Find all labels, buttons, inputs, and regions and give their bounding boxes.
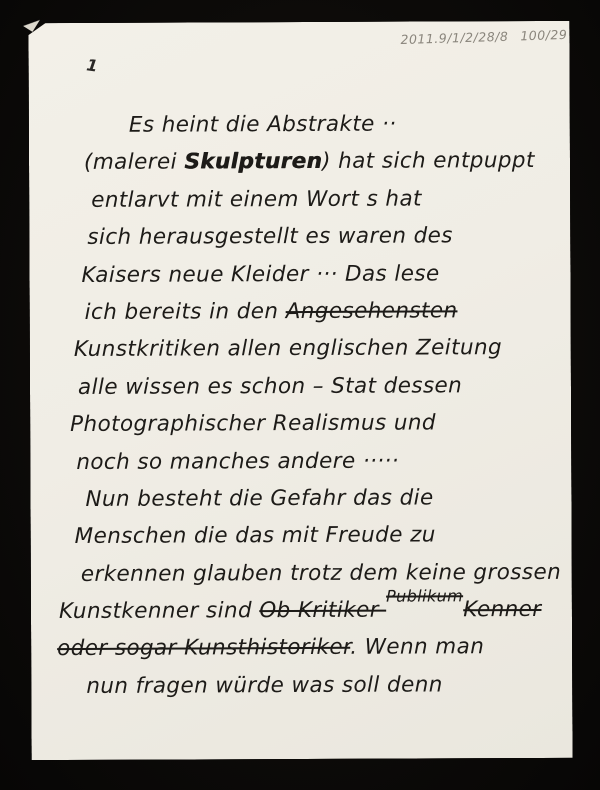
crossed-out-text: Publikum — [386, 588, 463, 604]
handwritten-text: entlarvt mit einem Wort s hat — [91, 186, 422, 212]
photo-backdrop: 1 2011.9/1/2/28/8100/29 Es heint die Abs… — [0, 0, 600, 790]
crossed-out-text: Kenner — [463, 597, 541, 622]
manuscript-line: (malerei Skulpturen) hat sich entpuppt — [29, 142, 560, 182]
crossed-out-text: Ob Kritiker — [259, 598, 386, 624]
handwritten-text: ) hat sich entpuppt — [322, 148, 535, 174]
manuscript-line: noch so manches andere ····· — [30, 441, 561, 481]
manuscript-line: alle wissen es schon – Stat dessen — [30, 367, 561, 407]
handwritten-text: ich bereits in den — [85, 299, 286, 325]
manuscript-line: entlarvt mit einem Wort s hat — [29, 180, 560, 220]
manuscript-line: sich herausgestellt es waren des — [29, 217, 560, 257]
handwritten-text: Kaisers neue Kleider ··· Das lese — [81, 261, 439, 288]
handwritten-text: Menschen die das mit Freude zu — [75, 523, 436, 550]
manuscript-line: Kaisers neue Kleider ··· Das lese — [29, 254, 560, 294]
handwritten-text: erkennen glauben trotz dem keine grossen — [81, 560, 561, 587]
manuscript-line: Menschen die das mit Freude zu — [31, 516, 562, 556]
manuscript-line: Kunstkritiken allen englischen Zeitung — [30, 329, 561, 369]
manuscript-page: 1 2011.9/1/2/28/8100/29 Es heint die Abs… — [28, 21, 572, 760]
handwritten-text: Skulpturen — [184, 149, 322, 175]
handwritten-text: noch so manches andere ····· — [76, 448, 399, 474]
sheet-number: 100/29 — [520, 27, 567, 43]
handwritten-text: Es heint die Abstrakte ·· — [129, 112, 397, 138]
manuscript-text: Es heint die Abstrakte ··(malerei Skulpt… — [29, 105, 563, 706]
manuscript-line: nun fragen würde was soll denn — [31, 666, 562, 706]
manuscript-line: oder sogar Kunsthistoriker. Wenn man — [31, 628, 562, 668]
handwritten-text: sich herausgestellt es waren des — [87, 224, 453, 251]
page-number: 1 — [85, 55, 99, 75]
handwritten-text: Kunstkritiken allen englischen Zeitung — [74, 335, 502, 362]
manuscript-line: Nun besteht die Gefahr das die — [30, 479, 561, 519]
crossed-out-text: Angesehensten — [286, 298, 458, 324]
manuscript-line: Es heint die Abstrakte ·· — [29, 105, 560, 145]
archive-annotation: 2011.9/1/2/28/8100/29 — [400, 26, 585, 47]
archive-number: 2011.9/1/2/28/8 — [400, 29, 508, 47]
handwritten-text: alle wissen es schon – Stat dessen — [78, 373, 462, 400]
handwritten-text: nun fragen würde was soll denn — [86, 672, 443, 699]
manuscript-line: Kunstkenner sind Ob Kritiker PublikumKen… — [31, 591, 562, 631]
handwritten-text: (malerei — [84, 150, 184, 175]
crossed-out-text: oder sogar Kunsthistoriker — [57, 635, 350, 661]
handwritten-text: Nun besteht die Gefahr das die — [85, 485, 433, 512]
manuscript-line: ich bereits in den Angesehensten — [30, 292, 561, 332]
manuscript-line: Photographischer Realismus und — [30, 404, 561, 444]
handwritten-text: . Wenn man — [350, 635, 484, 661]
handwritten-text: Photographischer Realismus und — [70, 411, 436, 438]
handwritten-text: Kunstkenner sind — [59, 598, 259, 624]
manuscript-line: erkennen glauben trotz dem keine grossen — [31, 554, 562, 594]
